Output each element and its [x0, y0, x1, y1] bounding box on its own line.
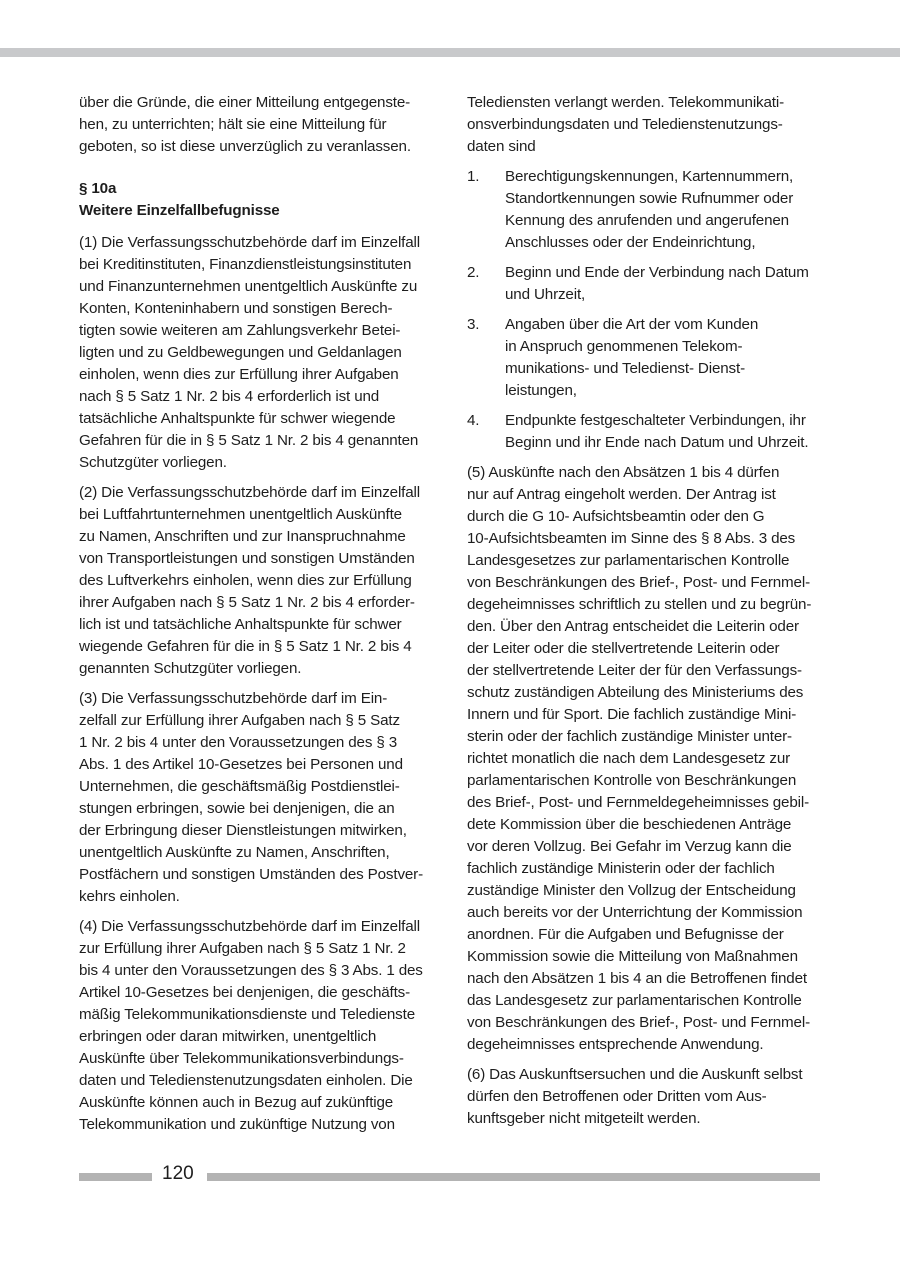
list-number: 2. [467, 262, 505, 306]
header-rule [0, 48, 900, 57]
paragraph-4: (4) Die Verfassungsschutzbehörde darf im… [79, 916, 441, 1136]
paragraph-6: (6) Das Auskunftsersuchen und die Auskun… [467, 1064, 823, 1130]
list-item: 1.Berechtigungskennungen, Kartennummern,… [467, 166, 823, 254]
left-column: über die Gründe, die einer Mitteilung en… [79, 92, 441, 1144]
list-text: Endpunkte festgeschalteter Verbindungen,… [505, 410, 823, 454]
section-number: § 10a [79, 180, 116, 197]
list-item: 3.Angaben über die Art der vom Kunden in… [467, 314, 823, 402]
data-types-list: 1.Berechtigungskennungen, Kartennummern,… [467, 166, 823, 454]
continuation-paragraph: Telediensten verlangt werden. Telekommun… [467, 92, 823, 158]
page-number: 120 [162, 1162, 194, 1186]
section-heading: § 10aWeitere Einzelfallbefugnisse [79, 178, 441, 222]
right-column: Telediensten verlangt werden. Telekommun… [467, 92, 823, 1138]
paragraph-1: (1) Die Verfassungsschutzbehörde darf im… [79, 232, 441, 474]
list-text: Angaben über die Art der vom Kunden in A… [505, 314, 823, 402]
section-title: Weitere Einzelfallbefugnisse [79, 202, 280, 219]
list-text: Beginn und Ende der Verbindung nach Datu… [505, 262, 823, 306]
footer-rule-right [207, 1173, 820, 1181]
list-number: 3. [467, 314, 505, 402]
paragraph-3: (3) Die Verfassungsschutzbehörde darf im… [79, 688, 441, 908]
intro-paragraph: über die Gründe, die einer Mitteilung en… [79, 92, 441, 158]
footer-rule-left [79, 1173, 152, 1181]
paragraph-2: (2) Die Verfassungsschutzbehörde darf im… [79, 482, 441, 680]
list-number: 4. [467, 410, 505, 454]
list-text: Berechtigungskennungen, Kartennummern, S… [505, 166, 823, 254]
paragraph-5: (5) Auskünfte nach den Absätzen 1 bis 4 … [467, 462, 823, 1056]
list-item: 2.Beginn und Ende der Verbindung nach Da… [467, 262, 823, 306]
list-number: 1. [467, 166, 505, 254]
list-item: 4.Endpunkte festgeschalteter Verbindunge… [467, 410, 823, 454]
